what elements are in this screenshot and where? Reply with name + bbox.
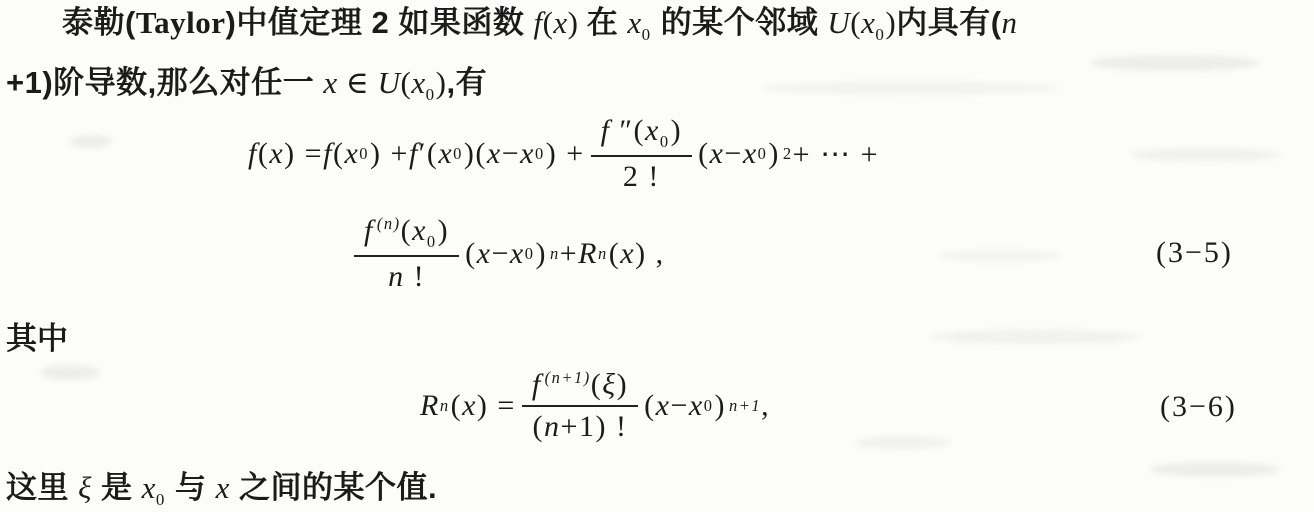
math-token: (n) — [377, 214, 401, 233]
math-token: , — [761, 389, 770, 423]
math-token: 0 — [642, 25, 651, 44]
math-token: − — [502, 137, 520, 171]
math-token: 在 — [587, 5, 628, 40]
equation-3-6: Rn(x) =f(n+1)(ξ)(n+1) !(x−x0)n+1 , — [420, 356, 770, 456]
math-token: + — [560, 237, 578, 271]
math-token: f — [323, 137, 333, 171]
math-token: 是 — [92, 470, 142, 505]
math-token: ( — [401, 214, 413, 247]
math-token: n — [598, 244, 608, 264]
math-token: ) — [568, 5, 587, 40]
math-token: ( — [333, 137, 345, 171]
math-token: n — [440, 396, 450, 416]
math-token: x — [269, 137, 284, 171]
math-token: ) — [671, 114, 683, 147]
math-token: f — [248, 137, 258, 171]
whence-label: 其中 — [6, 313, 68, 358]
equation-3-6-number: (3−6) — [1160, 390, 1237, 424]
math-token: x — [411, 65, 425, 100]
math-token: − — [724, 137, 742, 171]
math-token: ) — [536, 237, 548, 271]
math-token: n — [1002, 5, 1018, 40]
math-token: ″( — [611, 114, 646, 147]
math-token: ( — [850, 5, 861, 40]
math-token: ( — [591, 368, 603, 401]
math-token: )( — [464, 137, 487, 171]
math-token: ) = — [477, 389, 516, 423]
math-token: ′( — [419, 137, 439, 171]
math-token: (n+1) — [545, 368, 591, 387]
math-token: f — [364, 214, 374, 247]
math-token: ,有 — [446, 65, 487, 100]
equation-3-5-line2: f(n)(x0)n !(x−x0)n + Rn(x) , — [348, 206, 665, 302]
fraction: f(n+1)(ξ)(n+1) ! — [522, 368, 638, 445]
math-token: ∈ — [338, 65, 378, 100]
math-token: x — [656, 389, 671, 423]
math-token: 0 — [156, 490, 165, 509]
math-token: x — [861, 5, 875, 40]
math-token: f — [601, 114, 611, 147]
math-token: 其中 — [6, 321, 68, 356]
math-token: 这里 — [6, 470, 78, 505]
math-token: R — [420, 389, 440, 423]
equation-3-5-number: (3−5) — [1156, 236, 1233, 270]
math-token: 0 — [758, 144, 768, 164]
equation-3-5-line1: f(x) = f(x0) + f ′(x0)(x−x0) +f ″(x0)2 !… — [248, 106, 879, 202]
math-token: − — [492, 237, 510, 271]
math-token: 0 — [453, 144, 463, 164]
math-token: ( — [644, 389, 656, 423]
math-token: 泰勒( — [62, 5, 136, 40]
math-token: 的某个邻域 — [652, 5, 828, 40]
math-token: x — [689, 389, 704, 423]
theorem-statement-line2: +1)阶导数,那么对任一 x ∈ U(x0),有 — [6, 57, 487, 105]
scan-noise — [760, 82, 1060, 94]
math-token: ) + — [546, 137, 585, 171]
math-token: x — [620, 237, 635, 271]
math-token: 0 — [426, 85, 435, 104]
scan-noise — [1150, 462, 1280, 477]
fraction: f ″(x0)2 ! — [591, 114, 692, 194]
math-token: ( — [465, 237, 477, 271]
math-token: 2 — [783, 144, 793, 164]
math-token: 0 — [704, 396, 714, 416]
math-token: n — [550, 244, 560, 264]
math-token: x — [412, 214, 427, 247]
math-token: ) , — [635, 237, 665, 271]
scan-noise — [930, 330, 1140, 344]
math-token: ( — [451, 389, 463, 423]
math-token: ) — [438, 214, 450, 247]
math-token: +1) ! — [561, 410, 628, 443]
math-token: x — [553, 5, 567, 40]
math-token: + ⋯ + — [793, 137, 879, 172]
math-token: Taylor — [136, 5, 226, 40]
math-token: x — [216, 470, 230, 505]
math-token: x — [323, 65, 337, 100]
scan-noise — [1130, 148, 1280, 162]
math-token: ( — [533, 410, 545, 443]
math-token: 0 — [660, 132, 670, 151]
scan-noise — [40, 365, 100, 380]
fraction: f(n)(x0)n ! — [354, 214, 459, 294]
math-token: ) — [885, 5, 896, 40]
math-token: n+1 — [729, 396, 761, 416]
math-token: ( — [543, 5, 554, 40]
closing-line: 这里 ξ 是 x0 与 x 之间的某个值. — [6, 462, 437, 510]
math-token: U — [378, 65, 401, 100]
math-token: 2 ! — [623, 160, 660, 193]
math-token: 0 — [427, 232, 437, 251]
math-token: x — [743, 137, 758, 171]
math-token: ) + — [370, 137, 409, 171]
math-token: )中值定理 2 如果函数 — [226, 5, 534, 40]
theorem-statement-line1: 泰勒(Taylor)中值定理 2 如果函数 f(x) 在 x0 的某个邻域 U(… — [0, 0, 1312, 58]
math-token: ) — [617, 368, 629, 401]
math-token: x — [477, 237, 492, 271]
math-token: ( — [609, 237, 621, 271]
math-token: x — [142, 470, 156, 505]
math-token: ) — [768, 137, 780, 171]
math-token: ) — [436, 65, 447, 100]
math-token: 0 — [525, 244, 535, 264]
math-token: x — [510, 237, 525, 271]
math-token: x — [520, 137, 535, 171]
math-token: 0 — [535, 144, 545, 164]
math-token: f — [532, 368, 542, 401]
scan-noise — [940, 250, 1060, 262]
math-token: ( — [258, 137, 270, 171]
math-token: x — [344, 137, 359, 171]
math-token: x — [462, 389, 477, 423]
math-token: 内具有( — [896, 5, 1001, 40]
math-token: U — [827, 5, 850, 40]
math-token: x — [487, 137, 502, 171]
math-token: ( — [401, 65, 412, 100]
math-token: f — [409, 137, 419, 171]
math-token: ξ — [78, 470, 92, 505]
math-token: ξ — [602, 368, 616, 401]
scan-noise — [855, 436, 950, 449]
math-token: ! — [405, 260, 426, 293]
math-token: 0 — [359, 144, 369, 164]
math-token: 与 — [166, 470, 216, 505]
math-token: R — [578, 237, 598, 271]
math-token: +1)阶导数,那么对任一 — [6, 65, 323, 100]
math-token: ) = — [284, 137, 323, 171]
math-token: 0 — [875, 25, 884, 44]
math-token: ( — [698, 137, 710, 171]
math-token: − — [670, 389, 688, 423]
math-token: n — [544, 410, 561, 443]
math-token: f — [533, 5, 542, 40]
math-token: x — [645, 114, 660, 147]
scan-noise — [70, 135, 112, 148]
math-token: x — [710, 137, 725, 171]
math-token: x — [627, 5, 641, 40]
math-token: n — [388, 260, 405, 293]
textbook-page: 泰勒(Taylor)中值定理 2 如果函数 f(x) 在 x0 的某个邻域 U(… — [0, 0, 1314, 512]
math-token: 之间的某个值. — [230, 470, 437, 505]
math-token: ) — [714, 389, 726, 423]
math-token: x — [438, 137, 453, 171]
